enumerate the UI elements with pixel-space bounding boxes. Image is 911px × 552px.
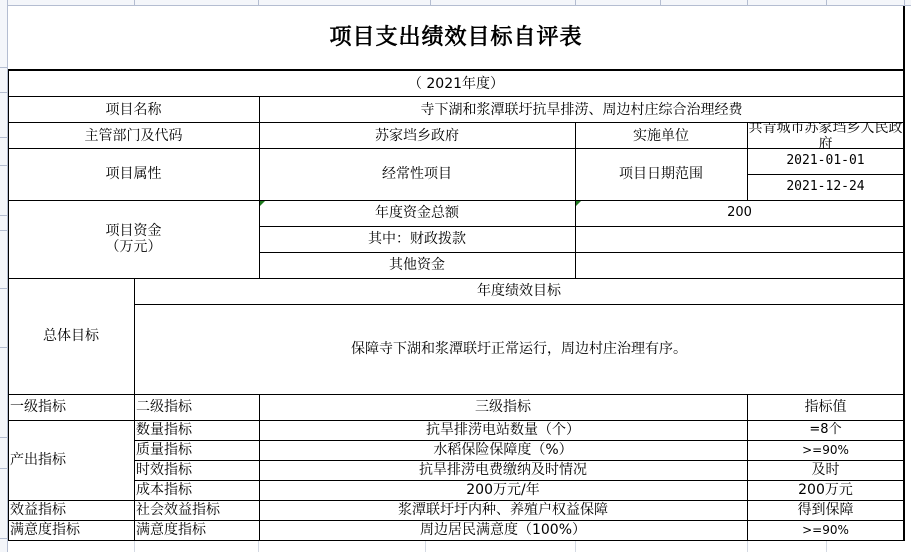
indicator-value[interactable]: >=90% [747, 440, 904, 460]
border-line [8, 69, 905, 71]
row-divider[interactable] [0, 165, 7, 166]
border-line [747, 123, 748, 200]
border-line [747, 394, 748, 540]
funds-fiscal-value[interactable] [575, 226, 904, 252]
border-line [134, 304, 904, 305]
level3-cell[interactable]: 抗旱排涝电费缴纳及时情况 [259, 460, 747, 480]
level1-output[interactable]: 产出指标 [8, 420, 134, 500]
row-divider[interactable] [0, 347, 7, 348]
grid-line [575, 540, 576, 552]
border-line [134, 278, 135, 540]
funds-other-label[interactable]: 其他资金 [259, 252, 575, 278]
row-divider[interactable] [0, 288, 7, 289]
funds-label-line2: （万元） [106, 239, 162, 255]
column-divider[interactable] [575, 0, 576, 5]
border-line [8, 420, 904, 421]
date-start[interactable]: 2021-01-01 [747, 148, 904, 174]
row-divider[interactable] [0, 230, 7, 231]
funds-label-line1: 项目资金 [106, 223, 162, 239]
border-line [259, 97, 260, 278]
level3-cell[interactable]: 抗旱排涝电站数量（个） [259, 420, 747, 440]
indicator-value[interactable]: =8个 [747, 420, 904, 440]
level2-cell[interactable]: 时效指标 [134, 460, 259, 480]
column-divider[interactable] [747, 0, 748, 5]
row-divider[interactable] [0, 67, 7, 68]
border-line [134, 480, 904, 481]
level3-cell[interactable]: 周边居民满意度（100%） [259, 520, 747, 540]
level2-cell[interactable]: 质量指标 [134, 440, 259, 460]
date-range-label[interactable]: 项目日期范围 [575, 148, 747, 200]
level3-cell[interactable]: 浆潭联圩圩内种、养殖户权益保障 [259, 500, 747, 520]
column-divider[interactable] [904, 0, 905, 5]
attr-value[interactable]: 经常性项目 [259, 148, 575, 200]
border-line [259, 226, 904, 227]
border-line [8, 540, 904, 541]
grid-line [134, 540, 135, 552]
indicator-value[interactable]: 200万元 [747, 480, 904, 500]
funds-other-value[interactable] [575, 252, 904, 278]
funds-total-label[interactable]: 年度资金总额 [259, 200, 575, 226]
level3-cell[interactable]: 水稻保险保障度（%） [259, 440, 747, 460]
annual-goal-text[interactable]: 保障寺下湖和浆潭联圩正常运行，周边村庄治理有序。 [134, 304, 904, 394]
border-line [259, 252, 904, 253]
funds-total-value[interactable]: 200 [575, 200, 904, 226]
row-header-bar [0, 0, 8, 552]
grid-line [747, 540, 748, 552]
level3-header[interactable]: 三级指标 [259, 394, 747, 420]
border-line [8, 200, 904, 201]
border-line [8, 394, 904, 395]
level2-cell[interactable]: 数量指标 [134, 420, 259, 440]
row-divider[interactable] [0, 538, 7, 539]
level1-satisfaction[interactable]: 满意度指标 [8, 520, 134, 540]
form-title[interactable]: 项目支出绩效目标自评表 [8, 6, 904, 70]
level2-cell[interactable]: 社会效益指标 [134, 500, 259, 520]
border-line [747, 174, 904, 175]
column-divider[interactable] [134, 0, 135, 5]
column-divider[interactable] [430, 0, 431, 5]
level1-benefit[interactable]: 效益指标 [8, 500, 134, 520]
column-divider[interactable] [660, 0, 661, 5]
value-header[interactable]: 指标值 [747, 394, 904, 420]
row-divider[interactable] [0, 468, 7, 469]
impl-unit-value[interactable]: 共青城市苏家垱乡人民政府 [747, 123, 904, 148]
level1-header[interactable]: 一级指标 [8, 394, 134, 420]
level2-header[interactable]: 二级指标 [134, 394, 259, 420]
overall-goal-label[interactable]: 总体目标 [8, 278, 134, 394]
grid-line [826, 540, 827, 552]
border-line [8, 70, 9, 541]
project-name-value[interactable]: 寺下湖和浆潭联圩抗旱排涝、周边村庄综合治理经费 [259, 97, 904, 123]
attr-label[interactable]: 项目属性 [8, 148, 259, 200]
row-divider[interactable] [0, 437, 7, 438]
row-divider[interactable] [0, 92, 7, 93]
border-line [8, 148, 904, 149]
grid-line [425, 540, 426, 552]
level2-cell[interactable]: 满意度指标 [134, 520, 259, 540]
grid-line [258, 540, 259, 552]
column-divider[interactable] [826, 0, 827, 5]
border-line [8, 122, 904, 123]
indicator-value[interactable]: 及时 [747, 460, 904, 480]
dept-value[interactable]: 苏家垱乡政府 [259, 123, 575, 148]
row-divider[interactable] [0, 215, 7, 216]
level3-cell[interactable]: 200万元/年 [259, 480, 747, 500]
project-name-label[interactable]: 项目名称 [8, 97, 259, 123]
indicator-value[interactable]: 得到保障 [747, 500, 904, 520]
border-line [134, 440, 904, 441]
annual-goal-header[interactable]: 年度绩效目标 [134, 278, 904, 304]
border-line [8, 520, 904, 521]
funds-fiscal-label[interactable]: 其中：财政拨款 [259, 226, 575, 252]
indicator-value[interactable]: >=90% [747, 520, 904, 540]
date-end[interactable]: 2021-12-24 [747, 174, 904, 200]
border-line [8, 96, 904, 97]
border-line [8, 278, 904, 279]
fiscal-year[interactable]: （ 2021年度） [8, 70, 904, 97]
dept-label[interactable]: 主管部门及代码 [8, 123, 259, 148]
cell-warning-icon[interactable] [576, 201, 581, 206]
level2-cell[interactable]: 成本指标 [134, 480, 259, 500]
border-line [8, 500, 904, 501]
cell-warning-icon[interactable] [260, 201, 265, 206]
border-line [259, 394, 260, 540]
column-divider[interactable] [258, 0, 259, 5]
row-divider[interactable] [0, 137, 7, 138]
impl-unit-label[interactable]: 实施单位 [575, 123, 747, 148]
funds-label[interactable]: 项目资金 （万元） [8, 200, 259, 278]
border-line [134, 460, 904, 461]
